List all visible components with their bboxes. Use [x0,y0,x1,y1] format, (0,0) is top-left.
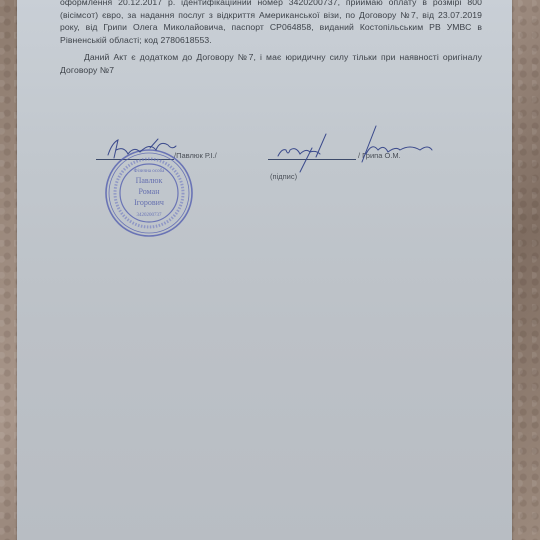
signature-right-scrawl-2 [362,126,432,162]
stamp-line-2: Роман [139,187,161,196]
signature-left-scrawl [108,139,176,158]
signature-right-scrawl [278,134,326,172]
stamp-bottom-label: 3420200737 [137,213,163,218]
stamp-top-label: Фізична особа [134,169,166,174]
stamp-line-3: Ігорович [134,198,164,207]
ink-overlay: Павлюк Роман Ігорович Фізична особа 3420… [0,0,540,540]
stamp: Павлюк Роман Ігорович Фізична особа 3420… [106,150,192,236]
stamp-line-1: Павлюк [136,176,163,185]
